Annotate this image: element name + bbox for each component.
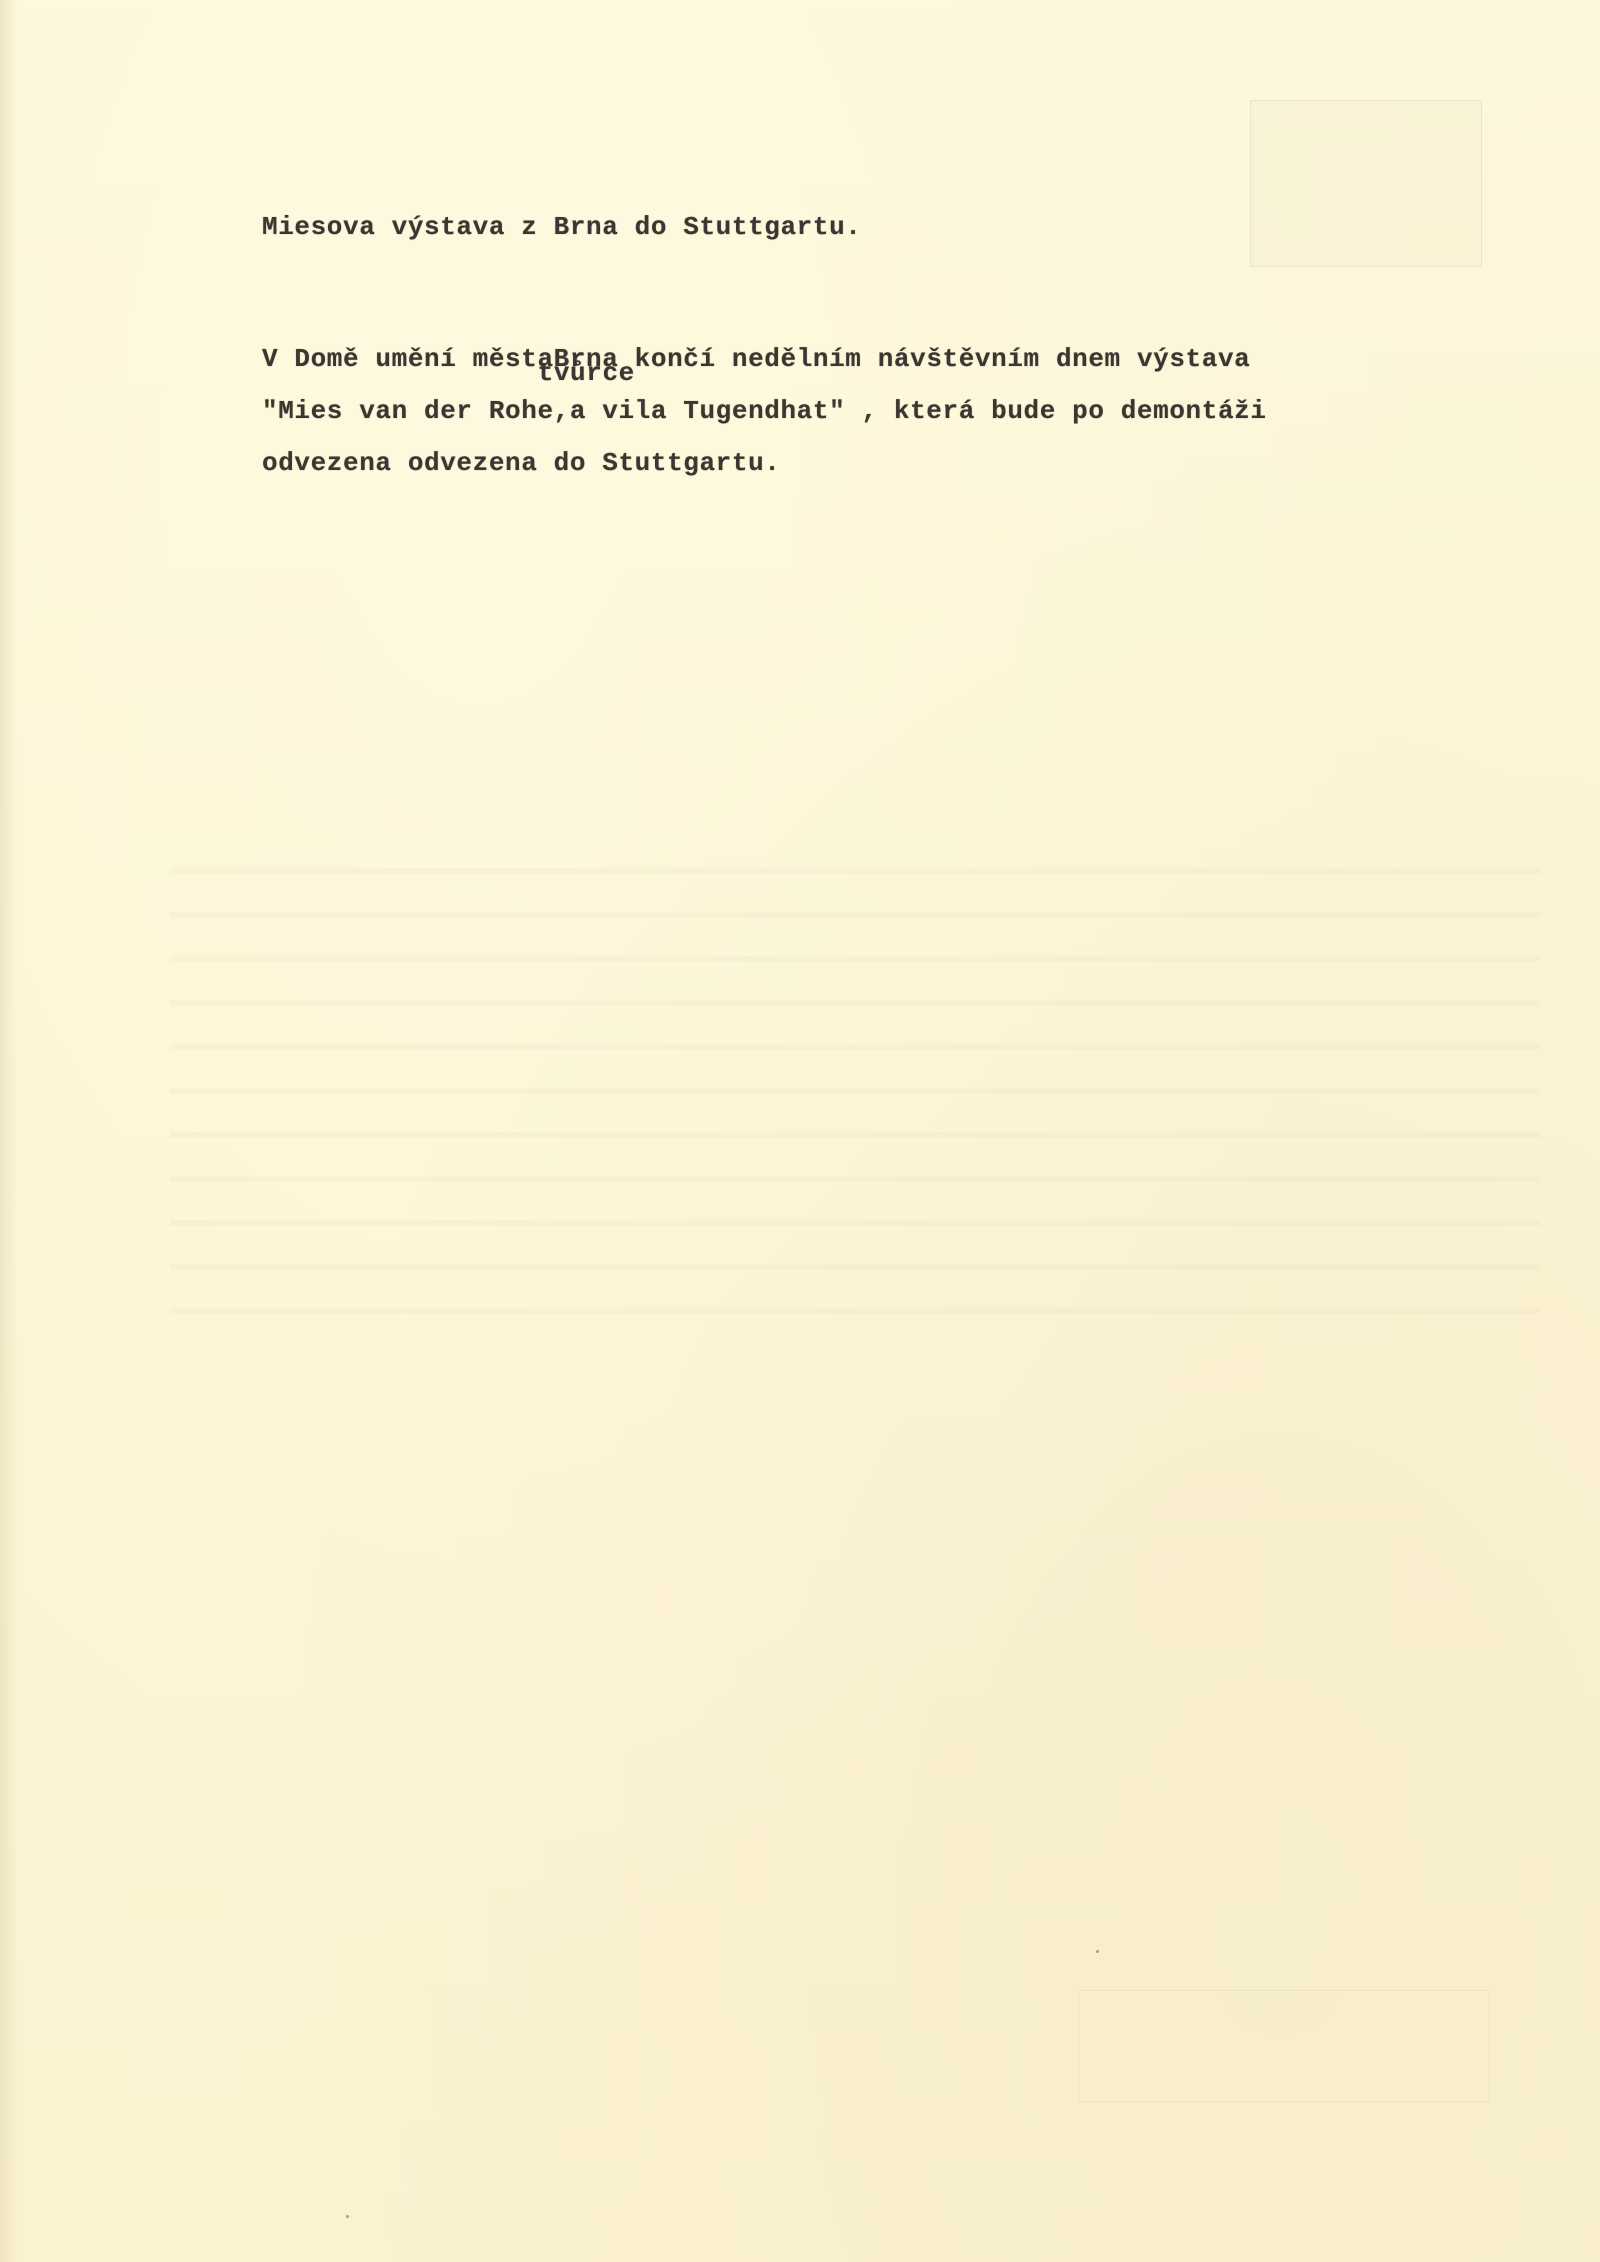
paragraph-line-2: "Mies van der Rohe,a vila Tugendhat" , k… (262, 396, 1267, 426)
show-through-text (170, 830, 1540, 1330)
ink-speck (346, 2215, 349, 2218)
ink-speck (1096, 1950, 1099, 1953)
paragraph-line-3: odvezena odvezena do Stuttgartu. (262, 448, 780, 478)
show-through-stamp (1250, 100, 1482, 267)
overtype-correction: tvůrce (538, 358, 635, 388)
paragraph-line-1: V Domě umění městaBrnatvůrce končí neděl… (262, 344, 1250, 374)
line1-prefix: V Domě umění města (262, 344, 554, 374)
document-title: Miesova výstava z Brna do Stuttgartu. (262, 212, 862, 242)
paper-edge-shading (0, 0, 18, 2262)
line1-suffix: končí nedělním návštěvním dnem výstava (635, 344, 1251, 374)
show-through-box (1078, 1990, 1490, 2102)
overtyped-word: Brnatvůrce (554, 344, 619, 374)
